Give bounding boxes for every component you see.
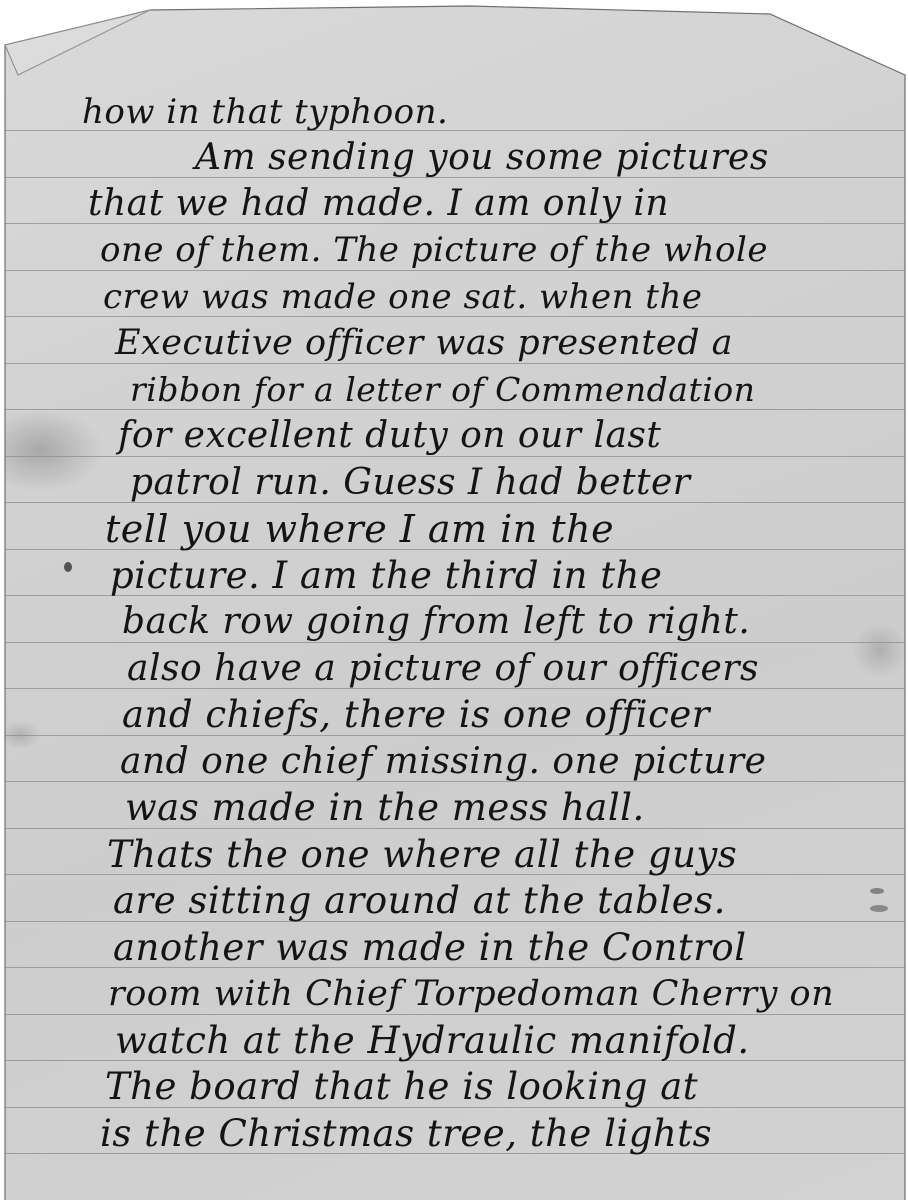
letter-line: room with Chief Torpedoman Cherry on bbox=[108, 974, 834, 1014]
ruled-line bbox=[5, 456, 905, 457]
letter-line: are sitting around at the tables. bbox=[113, 881, 726, 921]
letter-line: back row going from left to right. bbox=[122, 602, 750, 642]
letter-line: and one chief missing. one picture bbox=[120, 742, 766, 782]
ruled-line bbox=[5, 363, 905, 364]
letter-line: tell you where I am in the bbox=[105, 509, 614, 549]
ink-spot bbox=[870, 905, 888, 912]
ruled-line bbox=[5, 1014, 905, 1015]
ink-spot bbox=[64, 562, 72, 572]
letter-line: picture. I am the third in the bbox=[110, 556, 662, 596]
letter-line: is the Christmas tree, the lights bbox=[100, 1114, 712, 1154]
letter-line: patrol run. Guess I had better bbox=[130, 463, 691, 503]
ruled-line bbox=[5, 270, 905, 271]
letter-line: was made in the mess hall. bbox=[125, 788, 645, 828]
letter-line: also have a picture of our officers bbox=[127, 649, 759, 689]
letter-line: for excellent duty on our last bbox=[118, 416, 661, 456]
letter-line: one of them. The picture of the whole bbox=[100, 230, 768, 270]
letter-line: The board that he is looking at bbox=[105, 1067, 698, 1107]
letter-line: and chiefs, there is one officer bbox=[122, 695, 710, 735]
letter-line: Am sending you some pictures bbox=[195, 138, 769, 178]
ruled-line bbox=[5, 642, 905, 643]
ink-spot bbox=[870, 888, 884, 894]
letter-line: how in that typhoon. bbox=[82, 92, 448, 132]
paper-sheet: how in that typhoon. Am sending you some… bbox=[0, 0, 908, 1200]
letter-line: that we had made. I am only in bbox=[88, 184, 669, 224]
letter-line: another was made in the Control bbox=[113, 928, 747, 968]
letter-page: how in that typhoon. Am sending you some… bbox=[0, 0, 908, 1200]
letter-line: ribbon for a letter of Commendation bbox=[130, 370, 755, 410]
letter-line: watch at the Hydraulic manifold. bbox=[115, 1021, 750, 1061]
letter-line: Executive officer was presented a bbox=[115, 323, 733, 363]
letter-line: crew was made one sat. when the bbox=[103, 277, 702, 317]
letter-line: Thats the one where all the guys bbox=[107, 835, 737, 875]
